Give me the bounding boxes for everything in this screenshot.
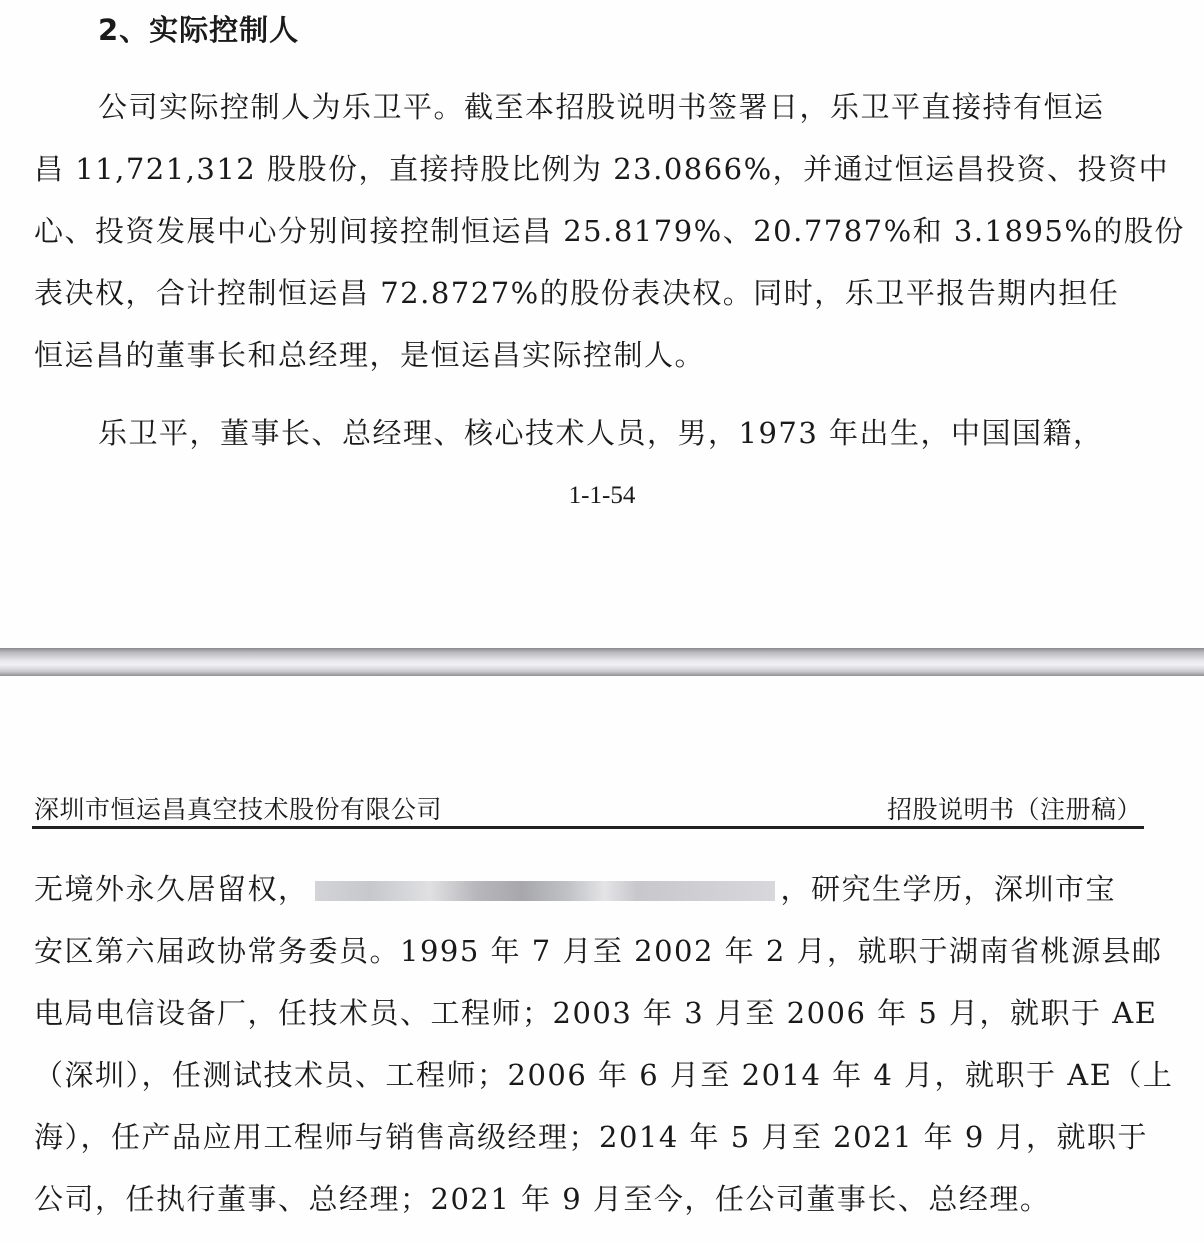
text-line: 海），任产品应用工程师与销售高级经理；2014 年 5 月至 2021 年 9 … [34, 1106, 1144, 1168]
text-segment: ，研究生学历，深圳市宝 [781, 872, 1117, 906]
text-line: 乐卫平，董事长、总经理、核心技术人员，男，1973 年出生，中国国籍， [34, 402, 1144, 464]
redacted-block [315, 881, 775, 901]
document-page-upper: 2、实际控制人 公司实际控制人为乐卫平。截至本招股说明书签署日，乐卫平直接持有恒… [0, 0, 1204, 648]
text-line: 昌 11,721,312 股股份，直接持股比例为 23.0866%，并通过恒运昌… [34, 138, 1144, 200]
controller-paragraph: 公司实际控制人为乐卫平。截至本招股说明书签署日，乐卫平直接持有恒运 昌 11,7… [34, 76, 1144, 386]
text-line: 电局电信设备厂，任技术员、工程师；2003 年 3 月至 2006 年 5 月，… [34, 982, 1144, 1044]
header-company-name: 深圳市恒运昌真空技术股份有限公司 [34, 790, 442, 826]
bio-paragraph-start: 乐卫平，董事长、总经理、核心技术人员，男，1973 年出生，中国国籍， [34, 402, 1144, 464]
text-line: 恒运昌的董事长和总经理，是恒运昌实际控制人。 [34, 324, 1144, 386]
text-line: 无境外永久居留权，，研究生学历，深圳市宝 [34, 858, 1144, 920]
text-line: 安区第六届政协常务委员。1995 年 7 月至 2002 年 2 月，就职于湖南… [34, 920, 1144, 982]
text-segment: 无境外永久居留权， [34, 872, 309, 906]
text-line: （深圳），任测试技术员、工程师；2006 年 6 月至 2014 年 4 月，就… [34, 1044, 1144, 1106]
text-line: 公司实际控制人为乐卫平。截至本招股说明书签署日，乐卫平直接持有恒运 [34, 76, 1144, 138]
text-line: 公司，任执行董事、总经理；2021 年 9 月至今，任公司董事长、总经理。 [34, 1168, 1144, 1230]
header-rule [32, 826, 1144, 829]
page-separator [0, 648, 1204, 676]
text-line: 表决权，合计控制恒运昌 72.8727%的股份表决权。同时，乐卫平报告期内担任 [34, 262, 1144, 324]
bio-paragraph-continued: 无境外永久居留权，，研究生学历，深圳市宝 安区第六届政协常务委员。1995 年 … [34, 858, 1144, 1230]
header-document-type: 招股说明书（注册稿） [887, 790, 1142, 826]
section-heading: 2、实际控制人 [98, 8, 299, 49]
text-line: 心、投资发展中心分别间接控制恒运昌 25.8179%、20.7787%和 3.1… [34, 200, 1144, 262]
page-number: 1-1-54 [0, 482, 1204, 510]
